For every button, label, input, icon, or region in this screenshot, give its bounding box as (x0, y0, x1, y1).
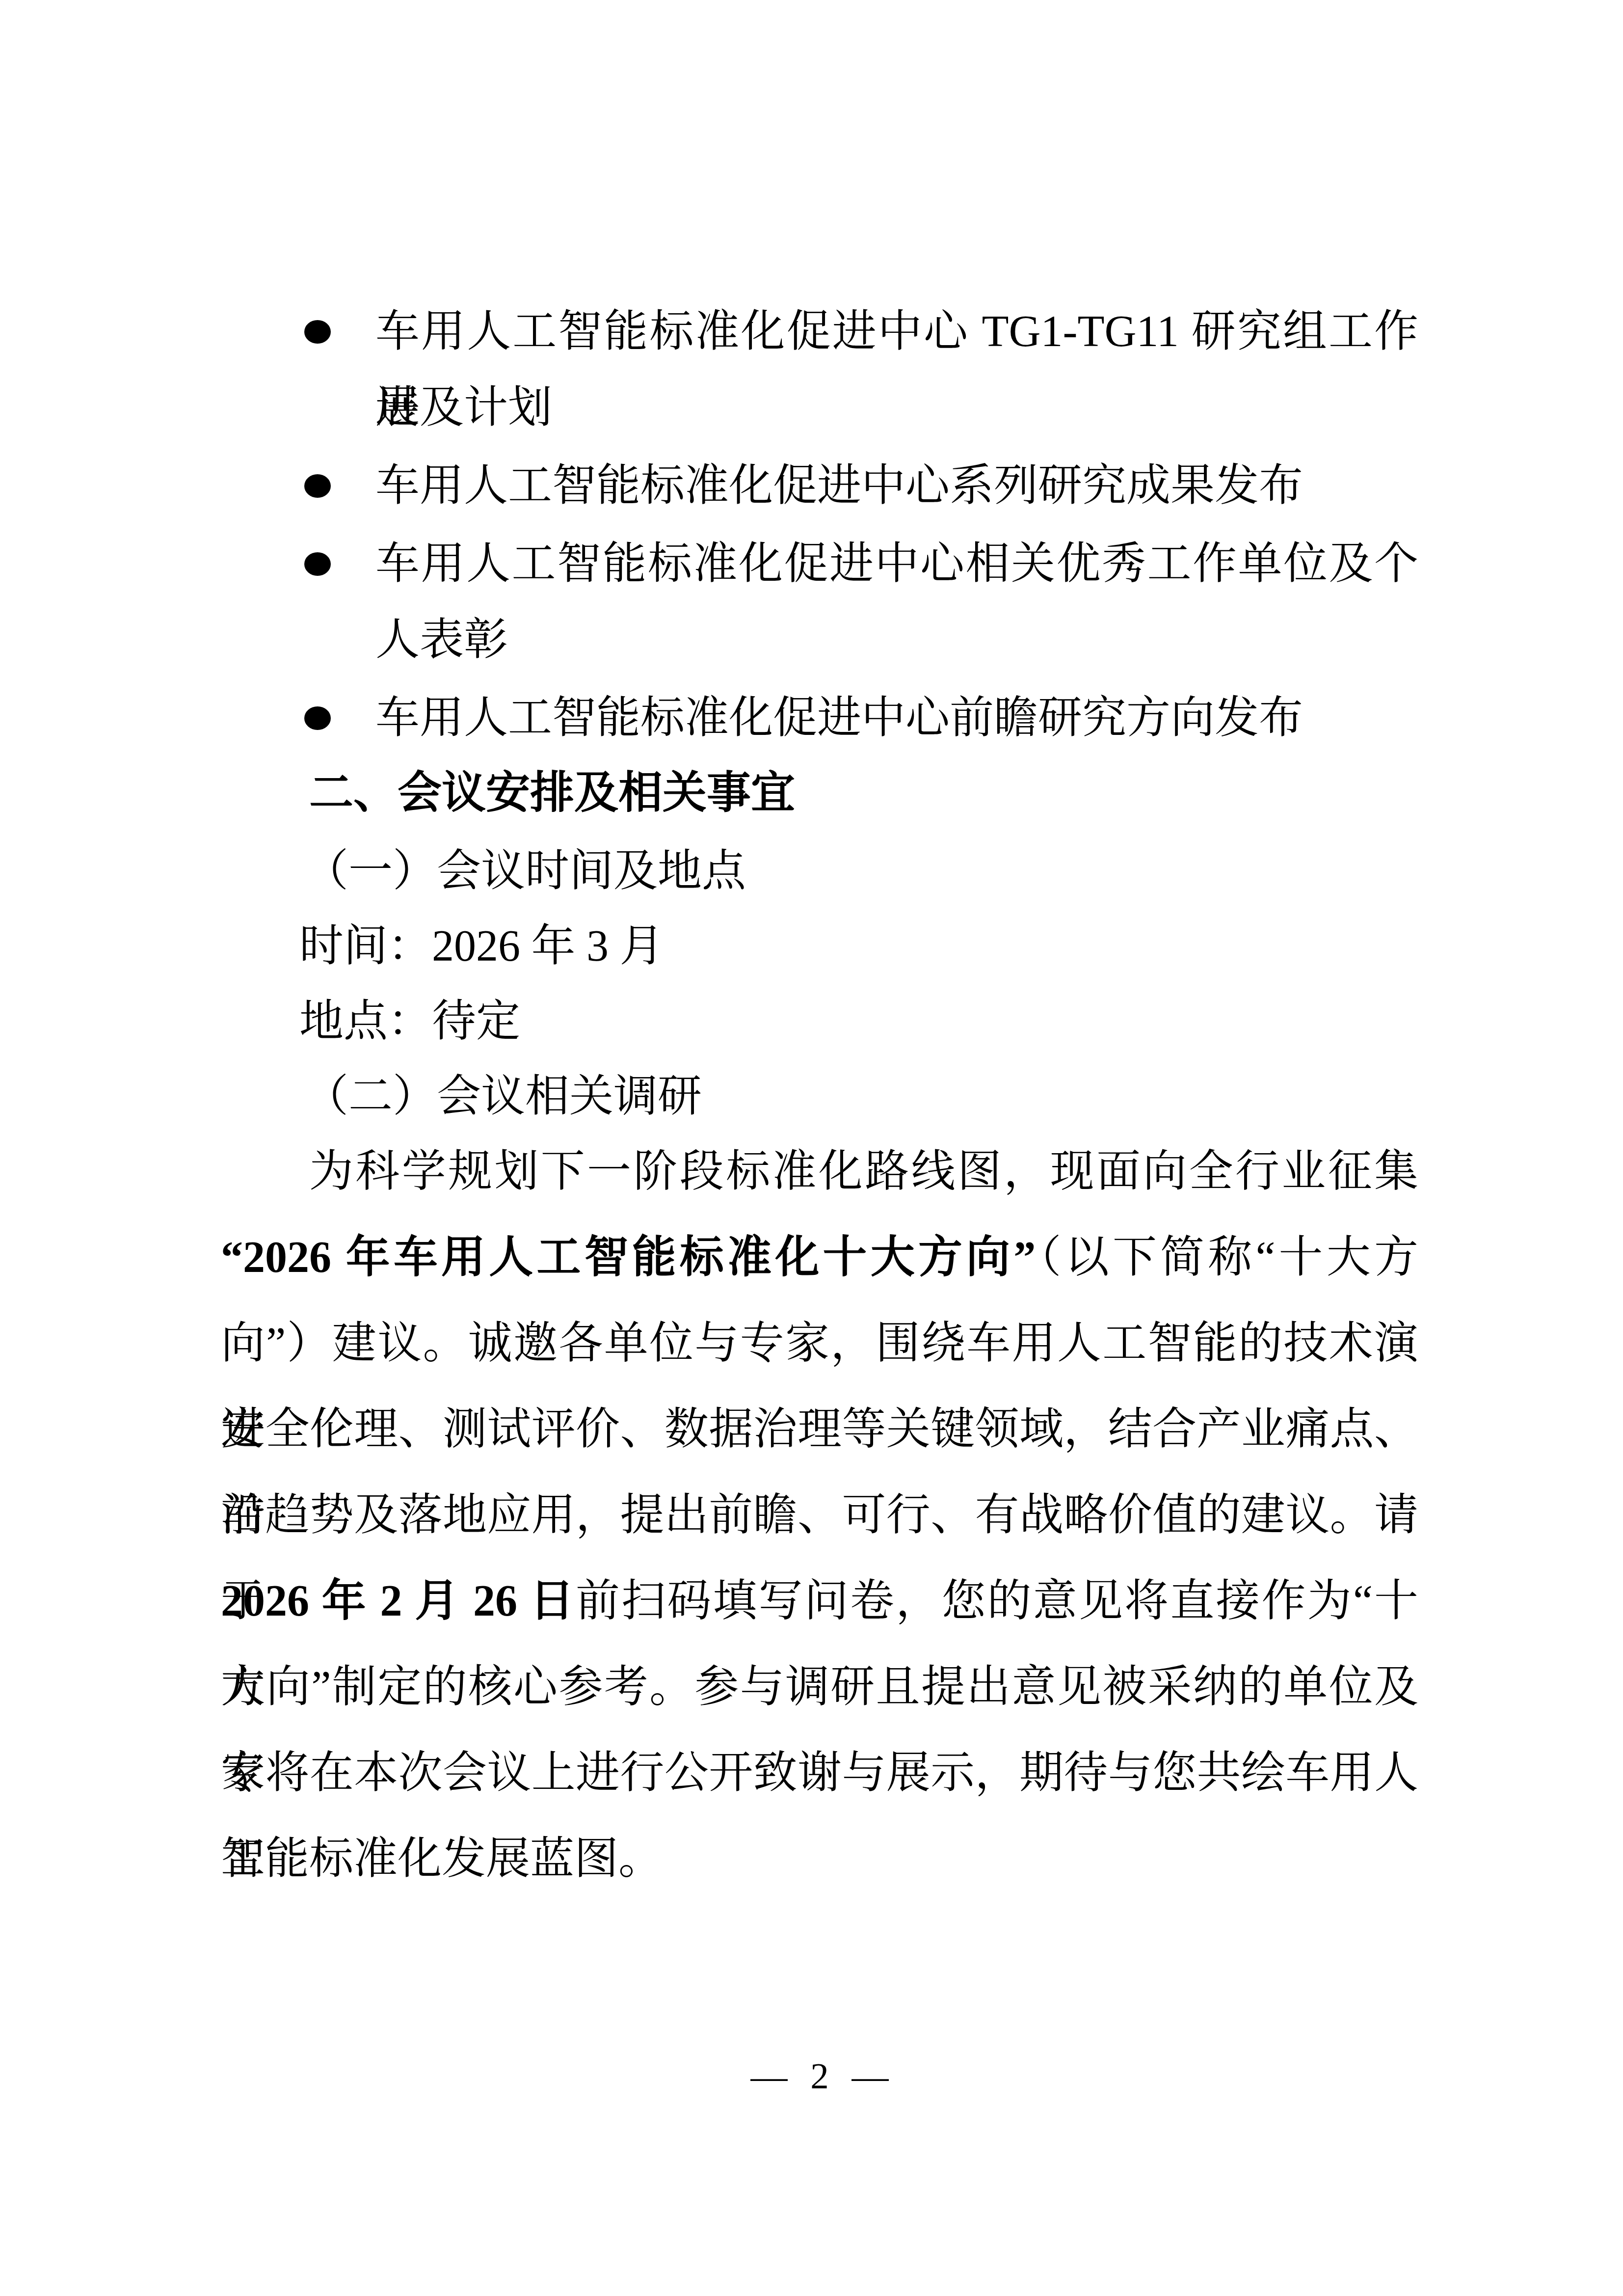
bullet-icon (304, 552, 331, 576)
survey-paragraph: 为科学规划下一阶段标准化路线图，现面向全行业征集 “2026 年车用人工智能标准… (221, 1129, 1418, 1902)
list-item: 车用人工智能标准化促进中心系列研究成果发布 (221, 448, 1418, 524)
list-item: 车用人工智能标准化促进中心相关优秀工作单位及个 人表彰 (221, 526, 1418, 678)
paragraph-line: 智能标准化发展蓝图。 (221, 1816, 1418, 1902)
section-heading: 二、会议安排及相关事宜 (221, 756, 1418, 830)
meeting-place-line: 地点：待定 (221, 984, 1418, 1059)
sub-block: （一）会议时间及地点 时间：2026 年 3 月 地点：待定 （二）会议相关调研 (221, 834, 1418, 1134)
paragraph-segment: （以下简称“十大方 (1036, 1233, 1418, 1282)
page-number: — 2 — (221, 2052, 1418, 2101)
subsection-heading-2: （二）会议相关调研 (221, 1059, 1418, 1134)
paragraph-line: 方向”制定的核心参考。参与调研且提出意见被采纳的单位及专 (221, 1644, 1418, 1730)
paragraph-line: “2026 年车用人工智能标准化十大方向”（以下简称“十大方 (221, 1215, 1418, 1300)
bullet-icon (304, 474, 331, 498)
list-item: 车用人工智能标准化促进中心前瞻研究方向发布 (221, 680, 1418, 756)
paragraph-line: 沿趋势及落地应用，提出前瞻、可行、有战略价值的建议。请于 (221, 1472, 1418, 1558)
document-page: 车用人工智能标准化促进中心 TG1-TG11 研究组工作进 展及计划 车用人工智… (0, 0, 1623, 2296)
list-item-line: 人表彰 (375, 602, 1418, 678)
paragraph-line: 家将在本次会议上进行公开致谢与展示，期待与您共绘车用人工 (221, 1730, 1418, 1816)
bullet-icon (304, 706, 331, 730)
list-item-line: 车用人工智能标准化促进中心相关优秀工作单位及个 (375, 526, 1418, 602)
paragraph-line: 2026 年 2 月 26 日前扫码填写问卷，您的意见将直接作为“十大 (221, 1558, 1418, 1644)
paragraph-line: 向”）建议。诚邀各单位与专家，围绕车用人工智能的技术演进、 (221, 1300, 1418, 1386)
list-item: 车用人工智能标准化促进中心 TG1-TG11 研究组工作进 展及计划 (221, 294, 1418, 446)
bullet-list: 车用人工智能标准化促进中心 TG1-TG11 研究组工作进 展及计划 车用人工智… (221, 294, 1418, 756)
bold-deadline-date: 2026 年 2 月 26 日 (221, 1577, 576, 1625)
bullet-icon (304, 320, 331, 344)
list-item-line: 展及计划 (375, 370, 1418, 446)
paragraph-line: 为科学规划下一阶段标准化路线图，现面向全行业征集 (221, 1129, 1418, 1215)
paragraph-line: 安全伦理、测试评价、数据治理等关键领域，结合产业痛点、前 (221, 1386, 1418, 1472)
meeting-time-line: 时间：2026 年 3 月 (221, 909, 1418, 984)
subsection-heading-1: （一）会议时间及地点 (221, 834, 1418, 909)
list-item-line: 车用人工智能标准化促进中心系列研究成果发布 (375, 448, 1418, 524)
list-item-line: 车用人工智能标准化促进中心 TG1-TG11 研究组工作进 (375, 294, 1418, 370)
bold-phrase-ten-directions: “2026 年车用人工智能标准化十大方向” (221, 1233, 1036, 1282)
list-item-line: 车用人工智能标准化促进中心前瞻研究方向发布 (375, 680, 1418, 756)
